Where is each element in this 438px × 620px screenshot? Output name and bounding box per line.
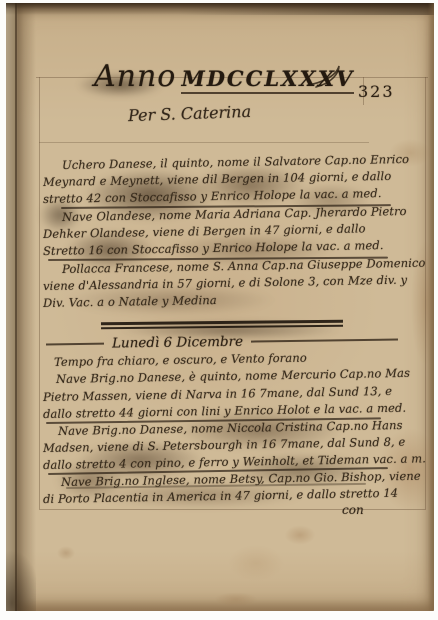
page-subtitle: Per S. Caterina [128, 102, 252, 125]
ruled-frame-left [39, 77, 40, 509]
heading-dash [46, 343, 104, 346]
ruled-frame-bottom [39, 509, 426, 510]
title-roman-numerals: MDCCLXXXV [181, 66, 354, 94]
binding-gutter-shadow [6, 3, 36, 611]
title-word-anno: Anno [94, 59, 176, 94]
folio-number: 323 [358, 82, 395, 101]
manuscript-line: Div. Vac. a o Natale y Medina [43, 293, 217, 310]
ruled-frame-subtitle [39, 142, 369, 143]
page-title: Anno MDCCLXXXV [94, 59, 354, 94]
section-heading-text: Lunedì 6 Dicembre [112, 334, 243, 352]
manuscript-line: Dehker Olandese, viene di Bergen in 47 g… [43, 221, 366, 241]
page-top-edge-shadow [6, 3, 434, 15]
manuscript-line: Stretto 16 con Stoccafisso y Enrico Holo… [43, 238, 384, 258]
heading-dash [251, 339, 398, 343]
manuscript-line: stretto 42 con Stoccafisso y Enrico Holo… [43, 186, 382, 206]
page-right-edge-shadow [428, 3, 434, 611]
section-double-rule [101, 320, 343, 330]
section-heading: Lunedì 6 Dicembre [46, 332, 398, 353]
gutter-crease-line [15, 3, 17, 611]
manuscript-line: viene d'Alessandria in 57 giorni, e di S… [43, 273, 407, 293]
ruled-frame-right [425, 77, 426, 509]
manuscript-line: Nave Brig.no Danese, è quinto, nome Merc… [56, 366, 410, 386]
manuscript-page: Anno MDCCLXXXV Per S. Caterina 323 Ucher… [6, 3, 434, 611]
catchword: con [342, 503, 364, 517]
manuscript-line: Tempo fra chiaro, e oscuro, e Vento fora… [54, 351, 307, 369]
scanned-manuscript-view: Anno MDCCLXXXV Per S. Caterina 323 Ucher… [0, 0, 438, 620]
